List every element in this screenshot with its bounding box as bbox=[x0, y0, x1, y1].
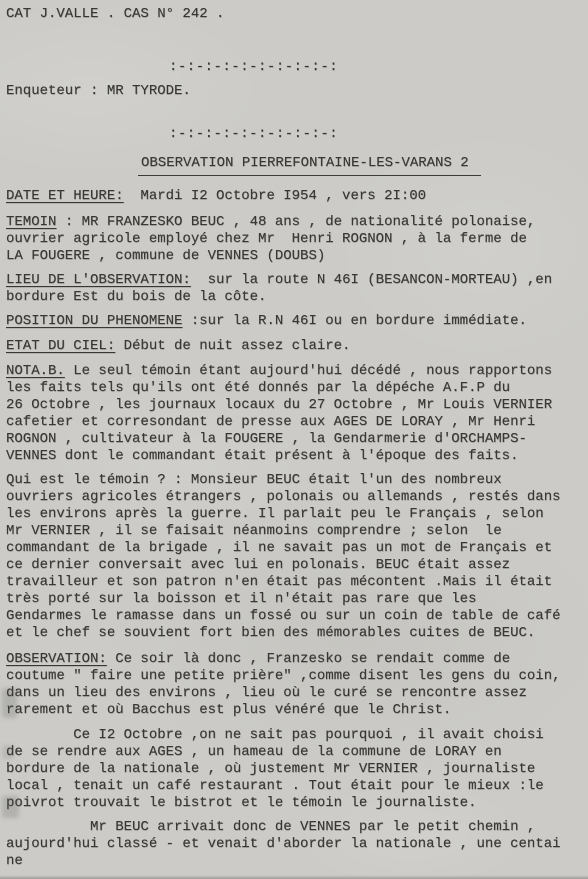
section-nota: NOTA.B. Le seul témoin étant aujourd'hui… bbox=[6, 363, 584, 465]
mr-beuc-arrivee-text: Mr BEUC arrivait donc de VENNES par le p… bbox=[6, 819, 561, 869]
separator-middle: :-:-:-:-:-:-:-:-:-: bbox=[169, 126, 584, 143]
temoin-text: : MR FRANZESKO BEUC , 48 ans , de nation… bbox=[6, 214, 535, 264]
section-etat-ciel: ETAT DU CIEL: Début de nuit assez claire… bbox=[6, 338, 584, 355]
temoin-label: TEMOIN bbox=[6, 214, 56, 230]
paragraph-mr-beuc-arrivee: Mr BEUC arrivait donc de VENNES par le p… bbox=[6, 819, 584, 870]
report-title-row: OBSERVATION PIERREFONTAINE-LES-VARANS 2 bbox=[6, 155, 584, 176]
section-date-heure: DATE ET HEURE: Mardi I2 Octobre I954 , v… bbox=[6, 188, 584, 205]
catalog-line: CAT J.VALLE . CAS N° 242 . bbox=[6, 6, 584, 23]
position-phenomene-text: :sur la R.N 46I ou en bordure immédiate. bbox=[182, 313, 526, 329]
separator-top: :-:-:-:-:-:-:-:-:-: bbox=[169, 59, 584, 76]
position-phenomene-label: POSITION DU PHENOMENE bbox=[6, 313, 182, 329]
nota-label: NOTA.B. bbox=[6, 363, 65, 379]
section-position-phenomene: POSITION DU PHENOMENE :sur la R.N 46I ou… bbox=[6, 313, 584, 330]
scan-edge-left bbox=[0, 0, 4, 879]
paragraph-qui-est-le-temoin: Qui est le témoin ? : Monsieur BEUC étai… bbox=[6, 472, 584, 642]
etat-ciel-text: Début de nuit assez claire. bbox=[115, 338, 350, 354]
section-lieu-observation: LIEU DE L'OBSERVATION: sur la route N 46… bbox=[6, 272, 584, 306]
lieu-observation-label: LIEU DE L'OBSERVATION: bbox=[6, 272, 191, 288]
paragraph-ce-12-octobre: Ce I2 Octobre ,on ne sait pas pourquoi ,… bbox=[6, 727, 584, 812]
date-heure-text: Mardi I2 Octobre I954 , vers 2I:00 bbox=[124, 188, 426, 204]
report-title: OBSERVATION PIERREFONTAINE-LES-VARANS 2 bbox=[138, 155, 481, 176]
section-temoin: TEMOIN : MR FRANZESKO BEUC , 48 ans , de… bbox=[6, 214, 584, 265]
etat-ciel-label: ETAT DU CIEL: bbox=[6, 338, 115, 354]
scan-edge-bottom bbox=[0, 875, 588, 879]
nota-text: Le seul témoin étant aujourd'hui décédé … bbox=[6, 363, 552, 464]
ce-12-octobre-text: Ce I2 Octobre ,on ne sait pas pourquoi ,… bbox=[6, 727, 544, 811]
date-heure-label: DATE ET HEURE: bbox=[6, 188, 124, 204]
document-page: CAT J.VALLE . CAS N° 242 . :-:-:-:-:-:-:… bbox=[0, 0, 588, 879]
investigator-line: Enqueteur : MR TYRODE. bbox=[6, 83, 584, 100]
observation-label: OBSERVATION: bbox=[6, 651, 107, 667]
qui-est-le-temoin-text: Qui est le témoin ? : Monsieur BEUC étai… bbox=[6, 472, 561, 641]
ink-bleed-smudge bbox=[2, 688, 17, 718]
section-observation: OBSERVATION: Ce soir là donc , Franzesko… bbox=[6, 651, 584, 719]
ink-bleed-smudge bbox=[2, 796, 19, 818]
